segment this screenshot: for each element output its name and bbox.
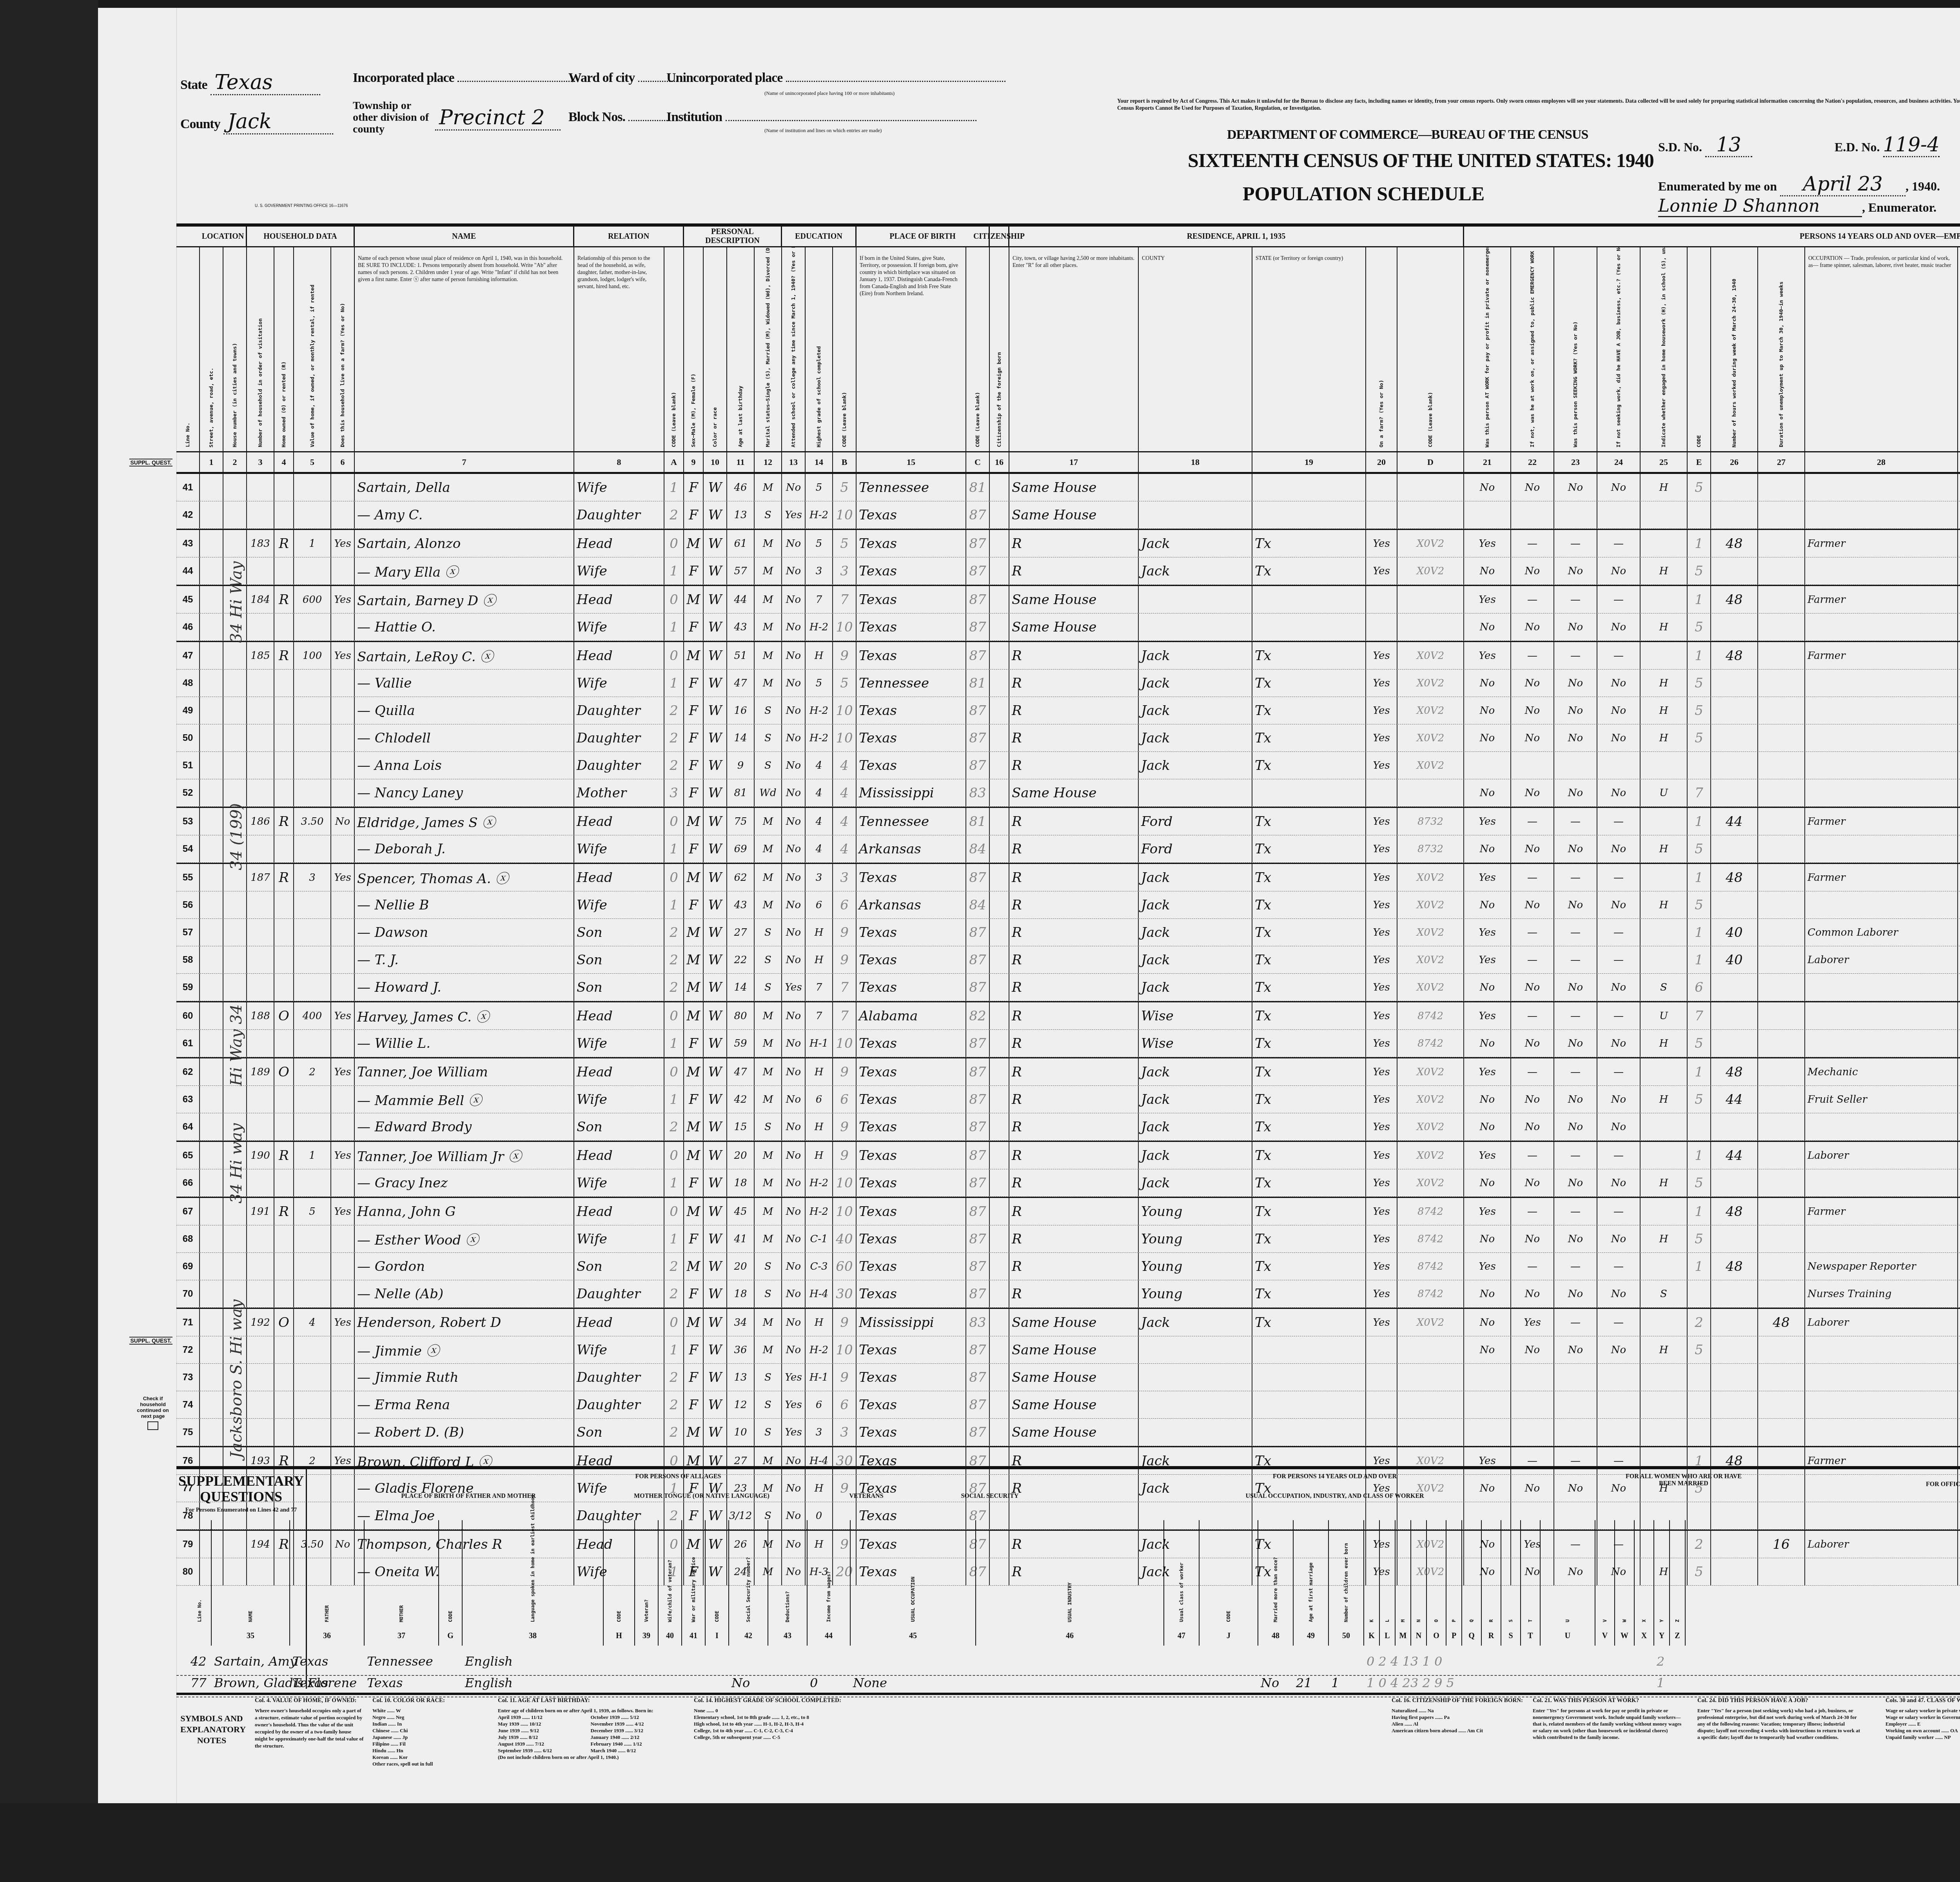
cell-e: 1 — [1688, 808, 1711, 835]
cell-sex: F — [684, 501, 704, 528]
cell-sex: M — [684, 642, 704, 669]
cell-hh: 191 — [247, 1198, 274, 1225]
supp-cell-father: Texas — [290, 1669, 367, 1697]
cell-mar: S — [755, 724, 782, 751]
cell-mar: M — [755, 530, 782, 557]
note-item: Chinese ...... Chi — [372, 1727, 482, 1734]
cell-w25 — [1641, 1253, 1688, 1280]
cell-occ: Farmer — [1805, 808, 1958, 835]
cell-street — [200, 1030, 223, 1057]
note-col24: Col. 24. DID THIS PERSON HAVE A JOB? Ent… — [1697, 1697, 1862, 1740]
cell-w22: No — [1511, 670, 1554, 697]
cell-farm — [331, 891, 355, 918]
cell-cit — [990, 974, 1009, 1001]
cell-sch: No — [782, 946, 806, 973]
column-number: 10 — [704, 452, 727, 472]
cell-w24: No — [1597, 1225, 1641, 1252]
supp-column-number: 46 — [976, 1626, 1164, 1646]
cell-street — [200, 974, 223, 1001]
cell-w25 — [1641, 808, 1688, 835]
cell-gr: H — [806, 919, 833, 946]
cell-rfarm — [1366, 779, 1397, 806]
cell-line: 70 — [176, 1280, 200, 1307]
cell-c: 87 — [966, 724, 990, 751]
cell-cit — [990, 1086, 1009, 1113]
supp-column-number: R — [1482, 1626, 1501, 1646]
column-number: 18 — [1139, 452, 1252, 472]
cell-d: X0V2 — [1397, 1169, 1464, 1196]
table-row: 73— Jimmie RuthDaughter2FW13SYesH-19Texa… — [176, 1364, 1960, 1391]
supp-column-header: M — [1396, 1520, 1411, 1626]
cell-w24 — [1597, 752, 1641, 779]
cell-cit — [990, 1225, 1009, 1252]
cell-d: X0V2 — [1397, 891, 1464, 918]
cell-gr: H-2 — [806, 613, 833, 641]
cell-birth: Texas — [857, 752, 966, 779]
cell-a: 1 — [664, 1030, 684, 1057]
cell-rfarm: Yes — [1366, 1058, 1397, 1085]
cell-rfarm: Yes — [1366, 642, 1397, 669]
cell-street — [200, 1198, 223, 1225]
cell-ind — [1958, 501, 1960, 528]
cell-race: W — [704, 919, 727, 946]
column-header-code-c: CODE (Leave blank) — [966, 247, 990, 451]
cell-res: R — [1009, 974, 1139, 1001]
cell-cit — [990, 1309, 1009, 1336]
cell-res: Same House — [1009, 779, 1139, 806]
cell-d: X0V2 — [1397, 946, 1464, 973]
cell-house — [223, 642, 247, 669]
cell-w23: — — [1554, 864, 1597, 891]
cell-unemp — [1758, 1364, 1805, 1391]
cell-cit — [990, 919, 1009, 946]
cell-w21: Yes — [1464, 642, 1511, 669]
column-header-age: Age at last birthday — [727, 247, 755, 451]
cell-house — [223, 474, 247, 501]
cell-rcounty: Young — [1139, 1225, 1252, 1252]
cell-gr: C-3 — [806, 1253, 833, 1280]
cell-occ: Laborer — [1805, 946, 1958, 973]
supp-cell-wage: 0 — [808, 1669, 853, 1697]
cell-hh — [247, 1086, 274, 1113]
cell-hh — [247, 974, 274, 1001]
table-row: 49— QuillaDaughter2FW16SNoH-210Texas87RJ… — [176, 697, 1960, 724]
cell-race: W — [704, 1419, 727, 1446]
cell-w24: — — [1597, 1002, 1641, 1029]
cell-line: 42 — [176, 501, 200, 528]
cell-house — [223, 501, 247, 528]
cell-rel: Wife — [574, 1225, 664, 1252]
cell-b: 3 — [833, 1419, 857, 1446]
cell-line: 48 — [176, 670, 200, 697]
cell-line: 59 — [176, 974, 200, 1001]
cell-w25: H — [1641, 1086, 1688, 1113]
cell-res: Same House — [1009, 1309, 1139, 1336]
cell-mar: S — [755, 1113, 782, 1140]
cell-rstate: Tx — [1252, 1225, 1366, 1252]
cell-gr: H-2 — [806, 1198, 833, 1225]
cell-hrs — [1711, 1280, 1758, 1307]
cell-res: R — [1009, 1280, 1139, 1307]
cell-rfarm: Yes — [1366, 752, 1397, 779]
cell-a: 2 — [664, 1391, 684, 1418]
cell-ind: Farming — [1958, 808, 1960, 835]
cell-b: 40 — [833, 1225, 857, 1252]
supp-column-number: V — [1595, 1626, 1615, 1646]
cell-hrs — [1711, 1225, 1758, 1252]
household-continued-check[interactable]: Check if household continued on next pag… — [133, 1396, 172, 1430]
cell-rcounty: Jack — [1139, 1142, 1252, 1169]
cell-hh — [247, 1253, 274, 1280]
note-col11: Col. 11. AGE AT LAST BIRTHDAY: Enter age… — [498, 1697, 678, 1760]
cell-c: 83 — [966, 779, 990, 806]
cell-race: W — [704, 1253, 727, 1280]
cell-ind: Farming — [1958, 586, 1960, 613]
column-header-res-state: STATE (or Territory or foreign country) — [1252, 247, 1366, 451]
cell-name: Spencer, Thomas A. ⓧ — [355, 864, 574, 891]
column-number: 19 — [1252, 452, 1366, 472]
cell-sch: No — [782, 808, 806, 835]
cell-w24: — — [1597, 1058, 1641, 1085]
cell-w24: No — [1597, 1030, 1641, 1057]
cell-hh — [247, 1364, 274, 1391]
cell-w23: — — [1554, 1253, 1597, 1280]
cell-d: X0V2 — [1397, 1309, 1464, 1336]
cell-or — [274, 974, 294, 1001]
cell-rstate: Tx — [1252, 974, 1366, 1001]
cell-street — [200, 1225, 223, 1252]
cell-unemp — [1758, 474, 1805, 501]
cell-val: 5 — [294, 1198, 331, 1225]
cell-a: 2 — [664, 724, 684, 751]
cell-birth: Texas — [857, 642, 966, 669]
cell-unemp — [1758, 1198, 1805, 1225]
supp-cell-uind — [976, 1669, 1167, 1697]
cell-c: 87 — [966, 1142, 990, 1169]
cell-cit — [990, 586, 1009, 613]
cell-sex: F — [684, 1086, 704, 1113]
cell-rel: Daughter — [574, 697, 664, 724]
cell-birth: Tennessee — [857, 808, 966, 835]
cell-w24: — — [1597, 586, 1641, 613]
cell-birth: Texas — [857, 1198, 966, 1225]
supp-cell-name: Brown, Gladis Florene — [212, 1669, 292, 1697]
county-field: County Jack — [180, 110, 333, 134]
cell-hh: 188 — [247, 1002, 274, 1029]
cell-farm — [331, 1113, 355, 1140]
cell-birth: Arkansas — [857, 835, 966, 862]
cell-occ — [1805, 1225, 1958, 1252]
cell-farm: Yes — [331, 1142, 355, 1169]
table-row: 71192O4YesHenderson, Robert DHead0MW34MN… — [176, 1308, 1960, 1336]
cell-farm — [331, 1419, 355, 1446]
cell-hh: 190 — [247, 1142, 274, 1169]
cell-a: 2 — [664, 946, 684, 973]
cell-cit — [990, 670, 1009, 697]
cell-ind: Farming — [1958, 864, 1960, 891]
cell-w21: No — [1464, 724, 1511, 751]
column-header-res-city: City, town, or village having 2,500 or m… — [1009, 247, 1139, 451]
cell-line: 52 — [176, 779, 200, 806]
cell-d: X0V2 — [1397, 530, 1464, 557]
cell-a: 0 — [664, 1142, 684, 1169]
cell-rcounty: Jack — [1139, 670, 1252, 697]
cell-w21 — [1464, 1419, 1511, 1446]
note-item: Naturalized ...... Na — [1392, 1707, 1525, 1714]
column-number: 22 — [1511, 452, 1554, 472]
cell-w23: No — [1554, 474, 1597, 501]
unincorporated-hint: (Name of unincorporated place having 100… — [764, 90, 895, 96]
cell-street — [200, 1142, 223, 1169]
cell-farm — [331, 613, 355, 641]
cell-gr: C-1 — [806, 1225, 833, 1252]
cell-unemp — [1758, 752, 1805, 779]
cell-street — [200, 1058, 223, 1085]
cell-e — [1688, 1280, 1711, 1307]
cell-gr: H — [806, 1142, 833, 1169]
column-number: 2 — [223, 452, 247, 472]
cell-w24: No — [1597, 835, 1641, 862]
cell-farm: Yes — [331, 1198, 355, 1225]
cell-occ — [1805, 474, 1958, 501]
cell-val — [294, 1280, 331, 1307]
cell-race: W — [704, 1030, 727, 1057]
cell-w23: No — [1554, 1113, 1597, 1140]
cell-e — [1688, 1419, 1711, 1446]
cell-or: R — [274, 586, 294, 613]
cell-line: 75 — [176, 1419, 200, 1446]
supp-column-header: CODE — [439, 1520, 463, 1626]
ed-number: 119-4 — [1883, 133, 1940, 157]
note-item: Indian ...... In — [372, 1720, 482, 1727]
cell-birth: Texas — [857, 1225, 966, 1252]
cell-birth: Texas — [857, 613, 966, 641]
cell-mar: M — [755, 474, 782, 501]
table-row: 69— GordonSon2MW20SNoC-360Texas87RYoungT… — [176, 1253, 1960, 1280]
cell-occ: Farmer — [1805, 530, 1958, 557]
cell-val — [294, 1169, 331, 1196]
cell-w24 — [1597, 501, 1641, 528]
cell-b: 10 — [833, 1336, 857, 1363]
cell-age: 15 — [727, 1113, 755, 1140]
supp-column-header: CODE — [604, 1520, 635, 1626]
cell-val — [294, 974, 331, 1001]
cell-val — [294, 752, 331, 779]
cell-rfarm: Yes — [1366, 1280, 1397, 1307]
supp-column-number: 35 — [212, 1626, 290, 1646]
cell-ind: Wood Cutter — [1958, 946, 1960, 973]
note-col21: Col. 21. WAS THIS PERSON AT WORK? Enter … — [1533, 1697, 1682, 1740]
cell-rstate: Tx — [1252, 642, 1366, 669]
cell-mar: M — [755, 891, 782, 918]
cell-val — [294, 946, 331, 973]
cell-e: 5 — [1688, 697, 1711, 724]
cell-farm — [331, 1086, 355, 1113]
cell-d: 8742 — [1397, 1198, 1464, 1225]
cell-val: 600 — [294, 586, 331, 613]
scan-border-left — [0, 0, 98, 1882]
supp-column-header: Number of children ever born — [1329, 1520, 1364, 1626]
cell-w23 — [1554, 1419, 1597, 1446]
cell-res: Same House — [1009, 1364, 1139, 1391]
cell-rcounty — [1139, 1419, 1252, 1446]
cell-unemp — [1758, 530, 1805, 557]
note-item: White ...... W — [372, 1707, 482, 1714]
cell-b: 4 — [833, 752, 857, 779]
cell-rcounty: Young — [1139, 1280, 1252, 1307]
cell-hh — [247, 670, 274, 697]
cell-rel: Head — [574, 808, 664, 835]
cell-hh: 187 — [247, 864, 274, 891]
cell-gr: H — [806, 642, 833, 669]
cell-rstate: Tx — [1252, 1142, 1366, 1169]
cell-e: 5 — [1688, 1169, 1711, 1196]
cell-val: 400 — [294, 1002, 331, 1029]
cell-sch: No — [782, 530, 806, 557]
supp-column-number: P — [1446, 1626, 1462, 1646]
cell-hh — [247, 697, 274, 724]
cell-e: 1 — [1688, 864, 1711, 891]
cell-cit — [990, 1113, 1009, 1140]
cell-w24: — — [1597, 946, 1641, 973]
cell-rel: Son — [574, 919, 664, 946]
supp-column-number: T — [1521, 1626, 1541, 1646]
cell-rfarm: Yes — [1366, 864, 1397, 891]
cell-sch: No — [782, 1142, 806, 1169]
cell-house — [223, 670, 247, 697]
cell-rcounty — [1139, 474, 1252, 501]
cell-val: 3.50 — [294, 808, 331, 835]
cell-birth: Texas — [857, 1280, 966, 1307]
cell-a: 0 — [664, 1058, 684, 1085]
cell-sex: M — [684, 1419, 704, 1446]
cell-name: — Mary Ella ⓧ — [355, 557, 574, 584]
cell-birth: Arkansas — [857, 891, 966, 918]
cell-e — [1688, 1364, 1711, 1391]
table-row: 70— Nelle (Ab)Daughter2FW18SNoH-430Texas… — [176, 1280, 1960, 1308]
cell-age: 18 — [727, 1280, 755, 1307]
cell-race: W — [704, 1002, 727, 1029]
cell-res: R — [1009, 530, 1139, 557]
cell-rel: Mother — [574, 779, 664, 806]
cell-d: X0V2 — [1397, 670, 1464, 697]
cell-occ — [1805, 1002, 1958, 1029]
veterans-header: VETERANS — [804, 1493, 929, 1500]
cell-mar: M — [755, 1058, 782, 1085]
cell-d: X0V2 — [1397, 697, 1464, 724]
column-number: 28 — [1805, 452, 1958, 472]
note-item: Hindu ...... Hn — [372, 1747, 482, 1754]
cell-name: — Chlodell — [355, 724, 574, 751]
cell-age: 20 — [727, 1253, 755, 1280]
cell-e — [1688, 752, 1711, 779]
table-row: 64— Edward BrodySon2MW15SNoH9Texas87RJac… — [176, 1113, 1960, 1141]
cell-name: — Jimmie Ruth — [355, 1364, 574, 1391]
cell-res: R — [1009, 1086, 1139, 1113]
cell-house — [223, 1086, 247, 1113]
cell-race: W — [704, 1198, 727, 1225]
cell-name: — Deborah J. — [355, 835, 574, 862]
supp-cell-ded — [768, 1669, 810, 1697]
cell-street — [200, 752, 223, 779]
supp-column-header: Married more than once? — [1258, 1520, 1294, 1626]
column-header-occupation: OCCUPATION — Trade, profession, or parti… — [1805, 247, 1958, 451]
cell-age: 14 — [727, 974, 755, 1001]
cell-ind: Farm Work — [1958, 919, 1960, 946]
cell-cit — [990, 808, 1009, 835]
cell-ind: Stock & Farm — [1958, 1198, 1960, 1225]
cell-hh — [247, 613, 274, 641]
cell-rstate — [1252, 613, 1366, 641]
cell-street — [200, 1391, 223, 1418]
cell-rcounty: Jack — [1139, 946, 1252, 973]
cell-w24: No — [1597, 697, 1641, 724]
supp-column-header: R — [1482, 1520, 1501, 1626]
cell-farm — [331, 946, 355, 973]
cell-cit — [990, 779, 1009, 806]
cell-w25: H — [1641, 1030, 1688, 1057]
cell-w23: No — [1554, 891, 1597, 918]
note-item: Filipino ...... Fil — [372, 1740, 482, 1747]
cell-sex: M — [684, 1002, 704, 1029]
cell-c: 87 — [966, 1086, 990, 1113]
cell-mar: M — [755, 1225, 782, 1252]
cell-line: 45 — [176, 586, 200, 613]
cell-e: 5 — [1688, 891, 1711, 918]
cell-line: 53 — [176, 808, 200, 835]
cell-rcounty: Young — [1139, 1198, 1252, 1225]
supp-column-number: 43 — [768, 1626, 808, 1646]
cell-gr: 5 — [806, 670, 833, 697]
cell-sch: No — [782, 1002, 806, 1029]
cell-e: 5 — [1688, 1086, 1711, 1113]
cell-w24: No — [1597, 557, 1641, 584]
cell-street — [200, 946, 223, 973]
cell-w23: No — [1554, 1169, 1597, 1196]
cell-a: 0 — [664, 530, 684, 557]
supp-column-header: Q — [1462, 1520, 1482, 1626]
cell-name: — Willie L. — [355, 1030, 574, 1057]
cell-mar: Wd — [755, 779, 782, 806]
cell-race: W — [704, 557, 727, 584]
cell-rfarm: Yes — [1366, 670, 1397, 697]
column-header-hh-no: Number of household in order of visitati… — [247, 247, 274, 451]
cell-unemp — [1758, 1225, 1805, 1252]
note-item: July 1939 ...... 8/12 — [498, 1734, 586, 1740]
cell-occ: Farmer — [1805, 586, 1958, 613]
supp-column-header: NAME — [212, 1520, 290, 1626]
cell-age: 44 — [727, 586, 755, 613]
cell-hh — [247, 752, 274, 779]
incorporated-place-field: Incorporated place — [353, 71, 575, 85]
cell-ind — [1958, 1225, 1960, 1252]
cell-b: 10 — [833, 724, 857, 751]
cell-mar: M — [755, 808, 782, 835]
checkbox-icon[interactable] — [147, 1421, 158, 1430]
cell-rcounty — [1139, 1391, 1252, 1418]
cell-d — [1397, 613, 1464, 641]
supp-column-number: W — [1615, 1626, 1635, 1646]
cell-res: R — [1009, 1030, 1139, 1057]
cell-sch: No — [782, 586, 806, 613]
cell-rel: Wife — [574, 891, 664, 918]
note-item: Other races, spell out in full — [372, 1760, 482, 1767]
cell-rstate — [1252, 586, 1366, 613]
supp-column-header: FATHER — [290, 1520, 365, 1626]
cell-res: Same House — [1009, 1419, 1139, 1446]
cell-rcounty: Jack — [1139, 1113, 1252, 1140]
cell-rstate: Tx — [1252, 919, 1366, 946]
